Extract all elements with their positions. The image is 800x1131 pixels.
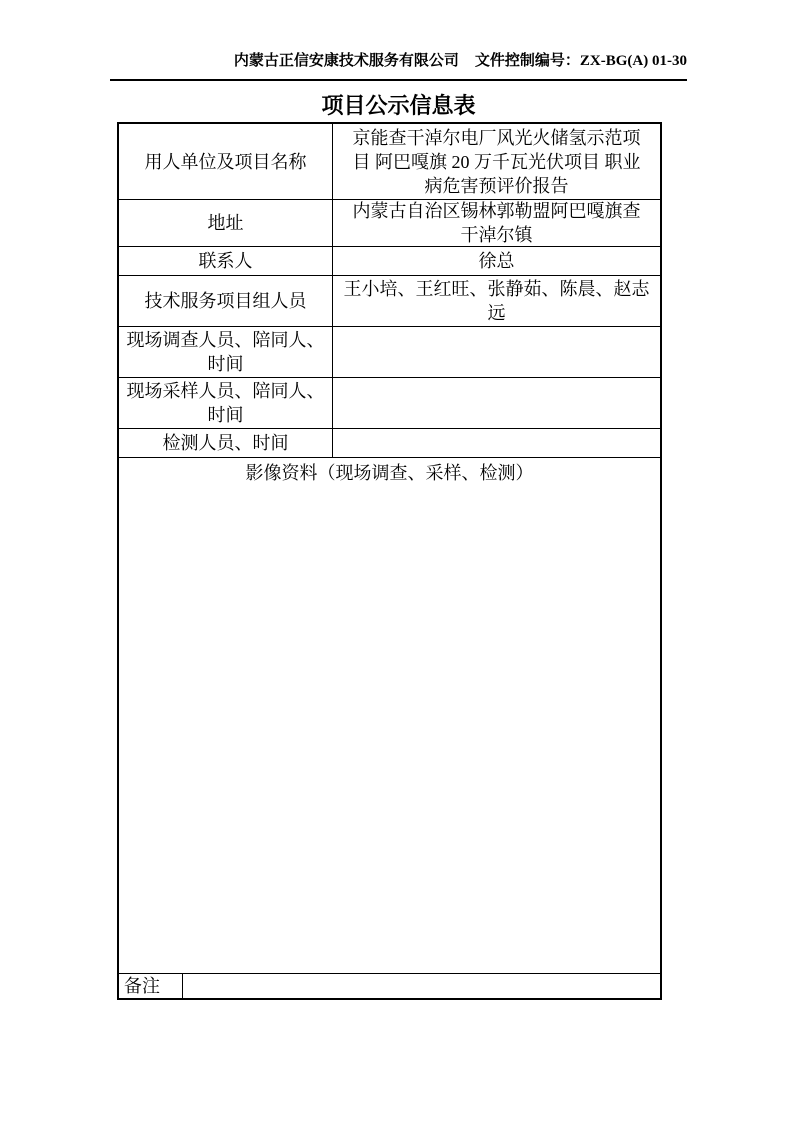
table-row-site-survey: 现场调查人员、陪同人、 时间 <box>119 326 660 377</box>
document-page: 内蒙古正信安康技术服务有限公司 文件控制编号：ZX-BG(A) 01-30 项目… <box>0 0 800 1131</box>
document-header: 内蒙古正信安康技术服务有限公司 文件控制编号：ZX-BG(A) 01-30 <box>110 50 687 72</box>
table-row-contact: 联系人 徐总 <box>119 246 660 275</box>
remark-label: 备注 <box>119 974 183 998</box>
page-title: 项目公示信息表 <box>110 93 687 119</box>
row-value: 王小培、王红旺、张静茹、陈晨、赵志 远 <box>333 276 660 326</box>
table-row-address: 地址 内蒙古自治区锡林郭勒盟阿巴嘎旗查 干淖尔镇 <box>119 199 660 246</box>
row-label: 检测人员、时间 <box>119 429 333 457</box>
row-label: 地址 <box>119 200 333 246</box>
row-label: 现场调查人员、陪同人、 时间 <box>119 327 333 377</box>
row-label: 技术服务项目组人员 <box>119 276 333 326</box>
row-value: 内蒙古自治区锡林郭勒盟阿巴嘎旗查 干淖尔镇 <box>333 200 660 246</box>
project-info-table: 用人单位及项目名称 京能查干淖尔电厂风光火储氢示范项 目 阿巴嘎旗 20 万千瓦… <box>117 122 662 1000</box>
row-value <box>333 378 660 428</box>
company-name: 内蒙古正信安康技术服务有限公司 <box>234 50 459 72</box>
row-label: 用人单位及项目名称 <box>119 124 333 199</box>
remark-value <box>183 974 660 998</box>
table-row-site-sampling: 现场采样人员、陪同人、 时间 <box>119 377 660 428</box>
row-label: 现场采样人员、陪同人、 时间 <box>119 378 333 428</box>
media-section-header: 影像资料（现场调查、采样、检测） <box>119 458 660 973</box>
row-value: 京能查干淖尔电厂风光火储氢示范项 目 阿巴嘎旗 20 万千瓦光伏项目 职业 病危… <box>333 124 660 199</box>
table-row-service-team: 技术服务项目组人员 王小培、王红旺、张静茹、陈晨、赵志 远 <box>119 275 660 326</box>
doc-control-number: 文件控制编号：ZX-BG(A) 01-30 <box>475 50 687 72</box>
row-value <box>333 327 660 377</box>
row-value <box>333 429 660 457</box>
media-section: 影像资料（现场调查、采样、检测） <box>119 457 660 973</box>
table-row-employer-project: 用人单位及项目名称 京能查干淖尔电厂风光火储氢示范项 目 阿巴嘎旗 20 万千瓦… <box>119 124 660 199</box>
table-row-testing: 检测人员、时间 <box>119 428 660 457</box>
row-label: 联系人 <box>119 247 333 275</box>
row-value: 徐总 <box>333 247 660 275</box>
header-rule <box>110 79 687 81</box>
remark-row: 备注 <box>119 973 660 998</box>
